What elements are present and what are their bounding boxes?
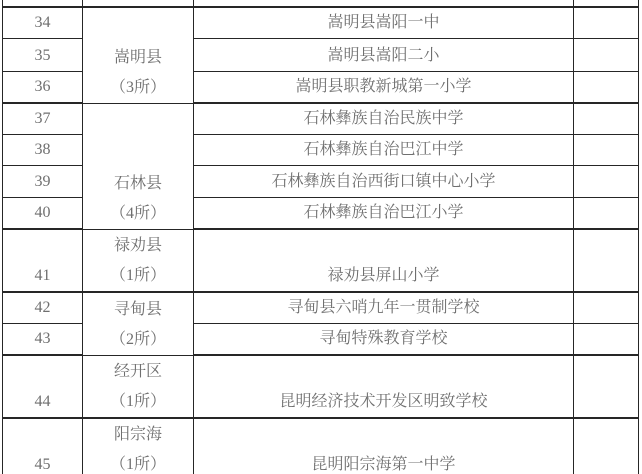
table-row-partial <box>3 0 639 7</box>
row-number-cell: 34 <box>3 7 83 39</box>
school-name-cell: 石林彝族自治民族中学 <box>194 103 574 135</box>
table-row: 45 阳宗海 （1所） 昆明阳宗海第一中学 <box>3 418 639 474</box>
remark-cell <box>574 324 639 356</box>
table-row: 42 寻甸县 （2所） 寻甸县六哨九年一贯制学校 <box>3 292 639 324</box>
remark-cell <box>574 103 639 135</box>
remark-cell <box>574 135 639 166</box>
county-cell: 阳宗海 （1所） <box>83 418 194 474</box>
county-school-count: （4所） <box>83 199 193 229</box>
remark-cell <box>574 7 639 39</box>
school-name-cell: 石林彝族自治西街口镇中心小学 <box>194 166 574 198</box>
school-list-table: 34 嵩明县 （3所） 嵩明县嵩阳一中 35 嵩明县嵩阳二小 36 嵩明县职教新… <box>2 0 639 474</box>
remark-cell <box>574 355 639 418</box>
county-school-count: （1所） <box>83 387 193 417</box>
remark-cell <box>574 166 639 198</box>
county-name: 石林县 <box>83 169 193 199</box>
county-school-count: （1所） <box>83 261 193 291</box>
school-name-cell: 昆明经济技术开发区明致学校 <box>194 355 574 418</box>
county-school-count: （3所） <box>83 73 193 103</box>
county-cell: 经开区 （1所） <box>83 355 194 418</box>
document-page: 34 嵩明县 （3所） 嵩明县嵩阳一中 35 嵩明县嵩阳二小 36 嵩明县职教新… <box>0 0 642 474</box>
remark-cell <box>574 418 639 474</box>
remark-cell <box>574 0 639 7</box>
table-row: 34 嵩明县 （3所） 嵩明县嵩阳一中 <box>3 7 639 39</box>
remark-cell <box>574 292 639 324</box>
remark-cell <box>574 198 639 230</box>
row-number-cell <box>3 0 83 7</box>
school-name-cell <box>194 0 574 7</box>
county-name: 嵩明县 <box>83 43 193 73</box>
row-number-cell: 39 <box>3 166 83 198</box>
row-number-cell: 42 <box>3 292 83 324</box>
county-cell: 禄劝县 （1所） <box>83 229 194 292</box>
school-name-cell: 昆明阳宗海第一中学 <box>194 418 574 474</box>
county-cell: 嵩明县 （3所） <box>83 7 194 103</box>
county-name: 经开区 <box>83 357 193 387</box>
school-name-cell: 嵩明县嵩阳一中 <box>194 7 574 39</box>
school-name-cell: 禄劝县屏山小学 <box>194 229 574 292</box>
table-row: 37 石林县 （4所） 石林彝族自治民族中学 <box>3 103 639 135</box>
county-school-count: （1所） <box>83 450 193 474</box>
table-row: 41 禄劝县 （1所） 禄劝县屏山小学 <box>3 229 639 292</box>
row-number-cell: 41 <box>3 229 83 292</box>
county-name: 寻甸县 <box>83 295 193 325</box>
county-name: 阳宗海 <box>83 420 193 450</box>
school-name-cell: 石林彝族自治巴江中学 <box>194 135 574 166</box>
county-cell <box>83 0 194 7</box>
row-number-cell: 43 <box>3 324 83 356</box>
school-name-cell: 寻甸县六哨九年一贯制学校 <box>194 292 574 324</box>
school-name-cell: 石林彝族自治巴江小学 <box>194 198 574 230</box>
county-name: 禄劝县 <box>83 231 193 261</box>
row-number-cell: 40 <box>3 198 83 230</box>
remark-cell <box>574 229 639 292</box>
row-number-cell: 36 <box>3 72 83 104</box>
row-number-cell: 37 <box>3 103 83 135</box>
school-name-cell: 嵩明县职教新城第一小学 <box>194 72 574 104</box>
row-number-cell: 38 <box>3 135 83 166</box>
table-row: 44 经开区 （1所） 昆明经济技术开发区明致学校 <box>3 355 639 418</box>
school-name-cell: 嵩明县嵩阳二小 <box>194 39 574 72</box>
school-name-cell: 寻甸特殊教育学校 <box>194 324 574 356</box>
row-number-cell: 45 <box>3 418 83 474</box>
row-number-cell: 35 <box>3 39 83 72</box>
remark-cell <box>574 72 639 104</box>
row-number-cell: 44 <box>3 355 83 418</box>
county-cell: 寻甸县 （2所） <box>83 292 194 355</box>
county-school-count: （2所） <box>83 325 193 355</box>
remark-cell <box>574 39 639 72</box>
county-cell: 石林县 （4所） <box>83 103 194 229</box>
